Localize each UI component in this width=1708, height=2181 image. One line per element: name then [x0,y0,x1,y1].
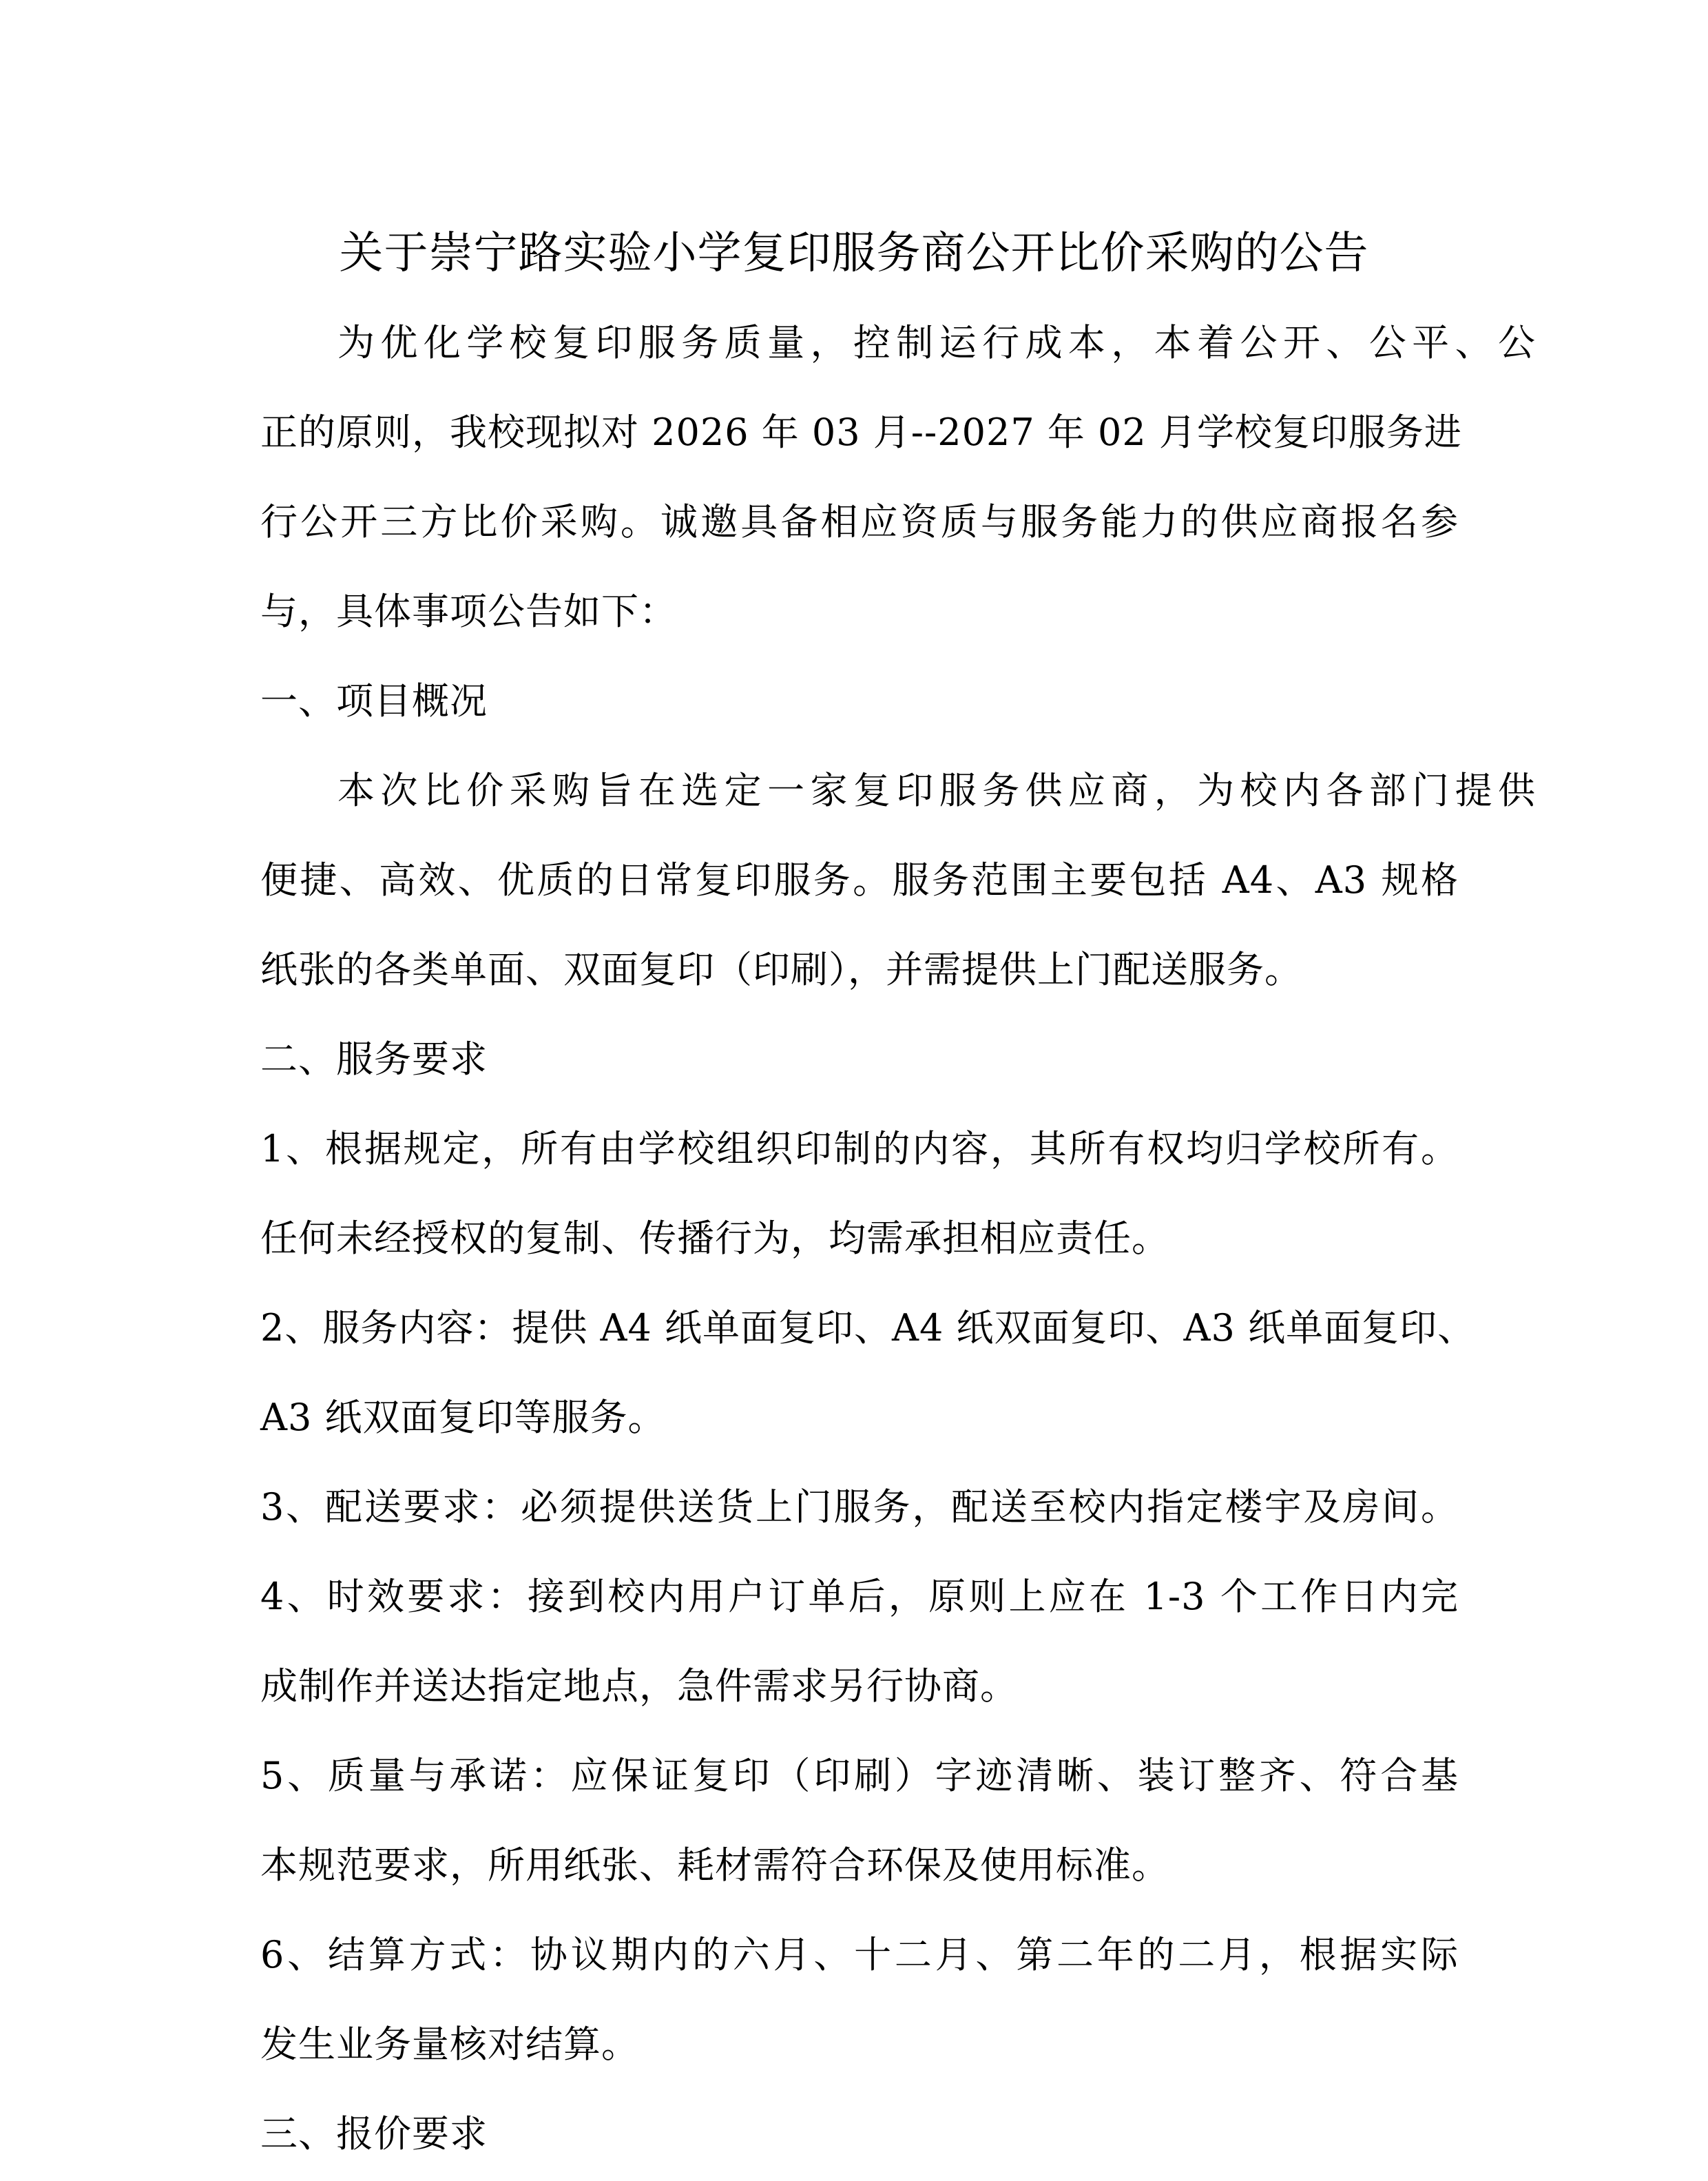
requirement-6-line-1: 6、结算方式：协议期内的六月、十二月、第二年的二月，根据实际 [260,1921,1459,1989]
requirement-2-line-2: A3 纸双面复印等服务。 [260,1383,1459,1452]
requirement-1-line-2: 任何未经授权的复制、传播行为，均需承担相应责任。 [260,1204,1459,1273]
requirement-5-line-2: 本规范要求，所用纸张、耗材需符合环保及使用标准。 [260,1831,1459,1900]
document-page: 关于崇宁路实验小学复印服务商公开比价采购的公告 为优化学校复印服务质量，控制运行… [0,0,1708,2181]
intro-line-1: 为优化学校复印服务质量，控制运行成本，本着公开、公平、公 [337,309,1536,378]
overview-line-2: 便捷、高效、优质的日常复印服务。服务范围主要包括 A4、A3 规格 [260,846,1459,915]
requirement-6-line-2: 发生业务量核对结算。 [260,2010,1459,2079]
requirement-5-line-1: 5、质量与承诺：应保证复印（印刷）字迹清晰、装订整齐、符合基 [260,1741,1459,1810]
intro-line-3: 行公开三方比价采购。诚邀具备相应资质与服务能力的供应商报名参 [260,488,1459,557]
document-title: 关于崇宁路实验小学复印服务商公开比价采购的公告 [0,219,1708,288]
overview-line-3: 纸张的各类单面、双面复印（印刷），并需提供上门配送服务。 [260,936,1459,1004]
section-heading-overview: 一、项目概况 [260,667,1459,736]
intro-line-4: 与，具体事项公告如下： [260,577,1459,646]
overview-line-1: 本次比价采购旨在选定一家复印服务供应商，为校内各部门提供 [337,756,1536,825]
section-heading-service-requirements: 二、服务要求 [260,1025,1459,1094]
intro-line-2: 正的原则，我校现拟对 2026 年 03 月--2027 年 02 月学校复印服… [260,398,1459,467]
requirement-4-line-1: 4、时效要求：接到校内用户订单后，原则上应在 1-3 个工作日内完 [260,1562,1459,1631]
requirement-2-line-1: 2、服务内容：提供 A4 纸单面复印、A4 纸双面复印、A3 纸单面复印、 [260,1294,1459,1363]
requirement-4-line-2: 成制作并送达指定地点，急件需求另行协商。 [260,1652,1459,1721]
requirement-3-line-1: 3、配送要求：必须提供送货上门服务，配送至校内指定楼宇及房间。 [260,1473,1459,1542]
section-heading-quotation-requirements: 三、报价要求 [260,2100,1459,2169]
requirement-1-line-1: 1、根据规定，所有由学校组织印制的内容，其所有权均归学校所有。 [260,1115,1459,1183]
